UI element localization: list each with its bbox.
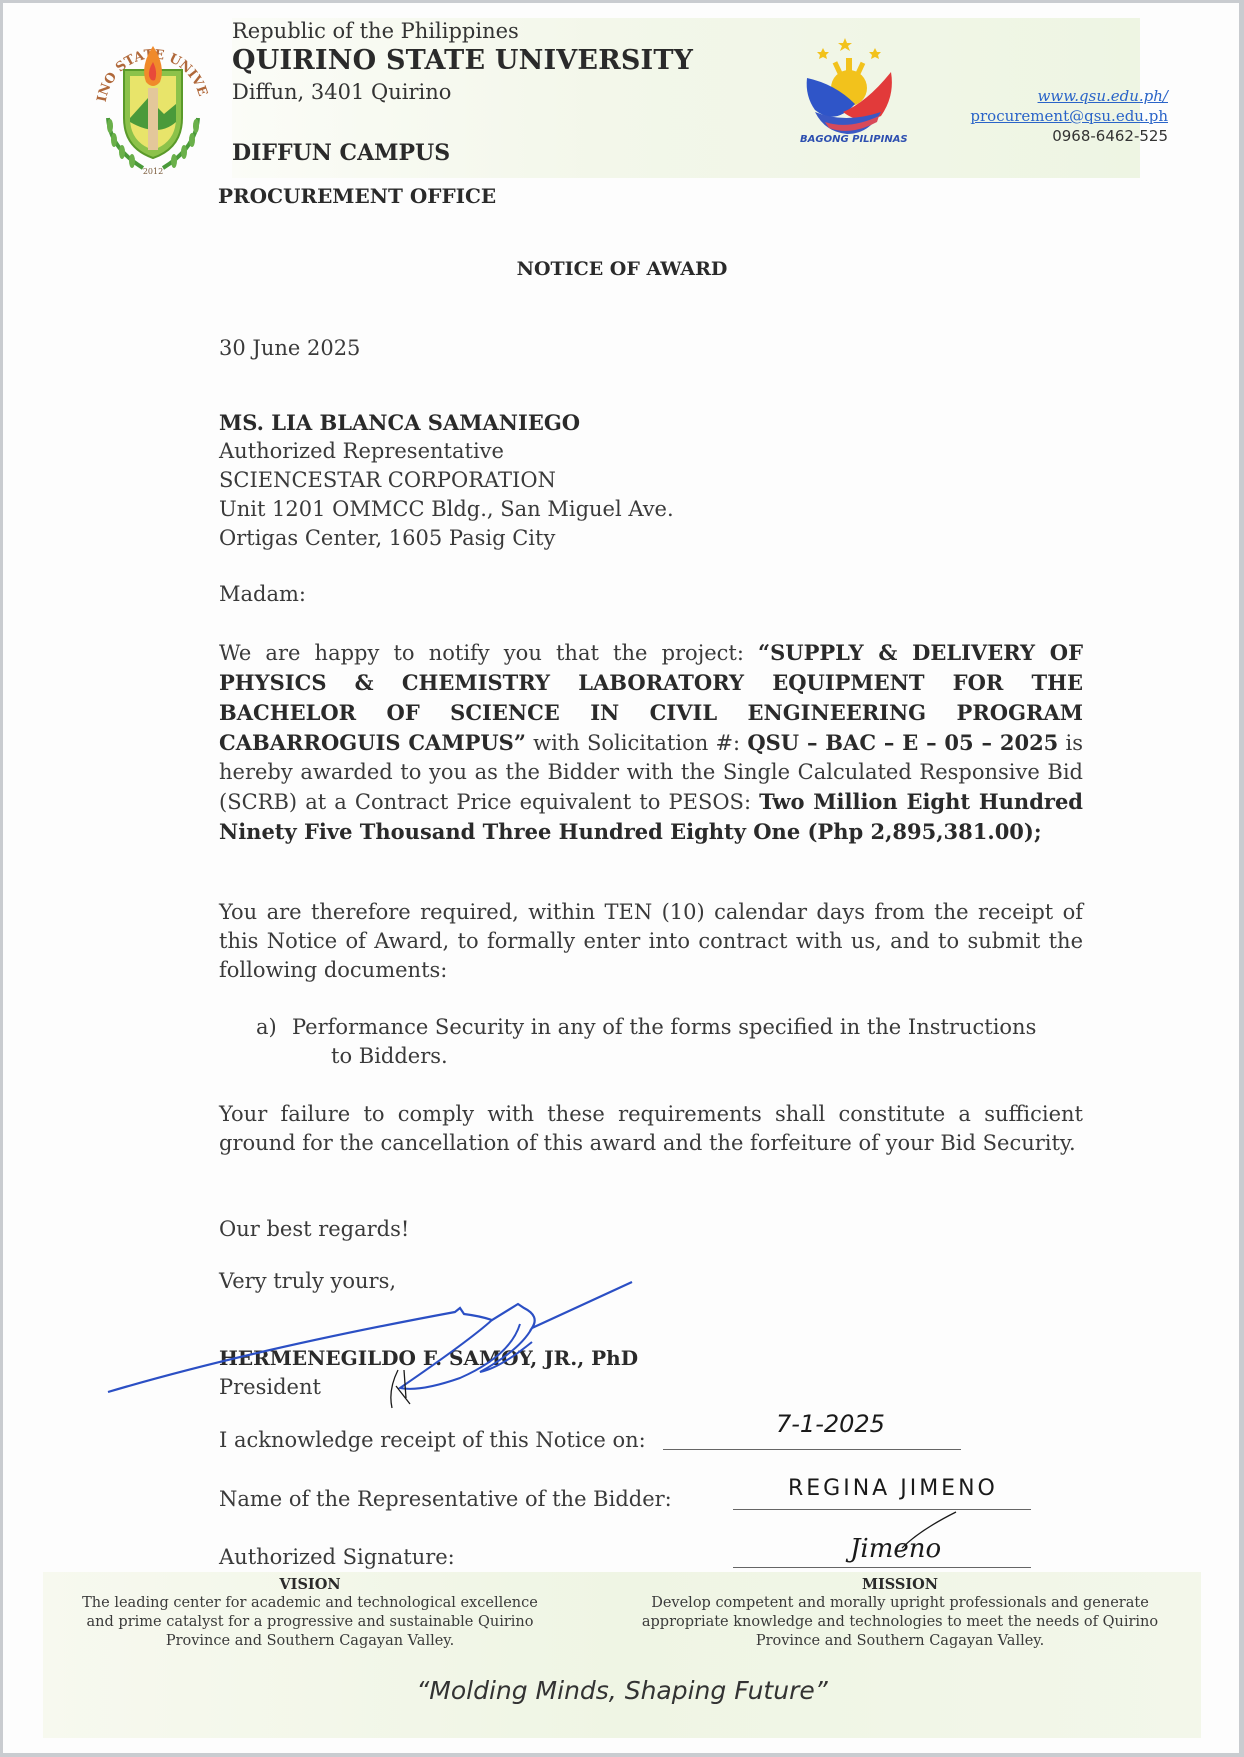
list-item: a) Performance Security in any of the fo…	[219, 1013, 1083, 1042]
addressee-name: MS. LIA BLANCA SAMANIEGO	[219, 408, 1083, 437]
addressee-address-line2: Ortigas Center, 1605 Pasig City	[219, 524, 1083, 553]
award-paragraph: We are happy to notify you that the proj…	[219, 638, 1083, 847]
requirements-list: a) Performance Security in any of the fo…	[219, 1013, 1083, 1071]
document-title: NOTICE OF AWARD	[0, 258, 1244, 280]
list-item-text: Performance Security in any of the forms…	[292, 1013, 1082, 1042]
email-link[interactable]: procurement@qsu.edu.ph	[970, 107, 1168, 125]
website-link[interactable]: www.qsu.edu.ph/	[1038, 87, 1168, 105]
signer-title: President	[219, 1373, 1083, 1402]
signer-block: HERMENEGILDO F. SAMOY, JR., PhD Presiden…	[219, 1344, 1083, 1402]
award-intro: We are happy to notify you that the proj…	[219, 641, 758, 665]
office-name: PROCUREMENT OFFICE	[218, 184, 496, 208]
mission-line: appropriate knowledge and technologies t…	[600, 1613, 1200, 1632]
signer-name: HERMENEGILDO F. SAMOY, JR., PhD	[219, 1344, 1083, 1373]
representative-name-handwritten: REGINA JIMENO	[788, 1476, 998, 1501]
university-name: QUIRINO STATE UNIVERSITY	[232, 45, 693, 76]
university-motto: “Molding Minds, Shaping Future”	[0, 1676, 1244, 1705]
svg-text:2012: 2012	[143, 167, 163, 176]
solicitation-number: QSU – BAC – E – 05 – 2025	[747, 730, 1058, 755]
list-marker: a)	[219, 1013, 292, 1042]
university-address: Diffun, 3401 Quirino	[232, 80, 451, 104]
failure-paragraph: Your failure to comply with these requir…	[219, 1100, 1083, 1158]
authorized-signature-line[interactable]	[733, 1566, 1031, 1568]
representative-name-line[interactable]	[733, 1508, 1031, 1510]
mission-heading: MISSION	[600, 1575, 1200, 1594]
receipt-date-handwritten: 7-1-2025	[776, 1410, 885, 1438]
vision-line: The leading center for academic and tech…	[55, 1594, 565, 1613]
vision-line: and prime catalyst for a progressive and…	[55, 1613, 565, 1632]
vision-line: Province and Southern Cagayan Valley.	[55, 1632, 565, 1651]
vision-heading: VISION	[55, 1575, 565, 1594]
solicitation-label: with Solicitation #:	[526, 731, 747, 755]
addressee-address-line1: Unit 1201 OMMCC Bldg., San Miguel Ave.	[219, 495, 1083, 524]
authorized-signature-handwritten: Jimeno	[850, 1534, 941, 1564]
campus-name: DIFFUN CAMPUS	[232, 140, 450, 166]
bagong-pilipinas-logo-icon	[795, 30, 925, 150]
phone-number: 0968-6462-525	[970, 126, 1168, 146]
letter-date: 30 June 2025	[219, 334, 1083, 363]
addressee-company: SCIENCESTAR CORPORATION	[219, 466, 1083, 495]
signature-label: Authorized Signature:	[219, 1545, 455, 1569]
addressee-block: MS. LIA BLANCA SAMANIEGO Authorized Repr…	[219, 408, 1083, 553]
header-republic: Republic of the Philippines	[232, 19, 519, 43]
representative-label: Name of the Representative of the Bidder…	[219, 1487, 672, 1511]
salutation: Madam:	[219, 580, 1083, 609]
addressee-position: Authorized Representative	[219, 437, 1083, 466]
receipt-date-line[interactable]	[663, 1448, 961, 1450]
regards-line: Our best regards!	[219, 1215, 1083, 1244]
closing-line: Very truly yours,	[219, 1267, 1083, 1296]
mission-line: Develop competent and morally upright pr…	[600, 1594, 1200, 1613]
contact-block: www.qsu.edu.ph/ procurement@qsu.edu.ph 0…	[970, 86, 1168, 146]
bagong-pilipinas-label: BAGONG PILIPINAS	[800, 134, 908, 145]
mission-block: MISSION Develop competent and morally up…	[600, 1575, 1200, 1651]
receipt-label: I acknowledge receipt of this Notice on:	[219, 1428, 646, 1452]
mission-line: Province and Southern Cagayan Valley.	[600, 1632, 1200, 1651]
list-item-continuation: to Bidders.	[219, 1042, 1083, 1071]
university-seal-icon: QUIRINO STATE UNIVERSITY 2012	[88, 18, 218, 178]
vision-block: VISION The leading center for academic a…	[55, 1575, 565, 1651]
requirements-paragraph: You are therefore required, within TEN (…	[219, 898, 1083, 985]
